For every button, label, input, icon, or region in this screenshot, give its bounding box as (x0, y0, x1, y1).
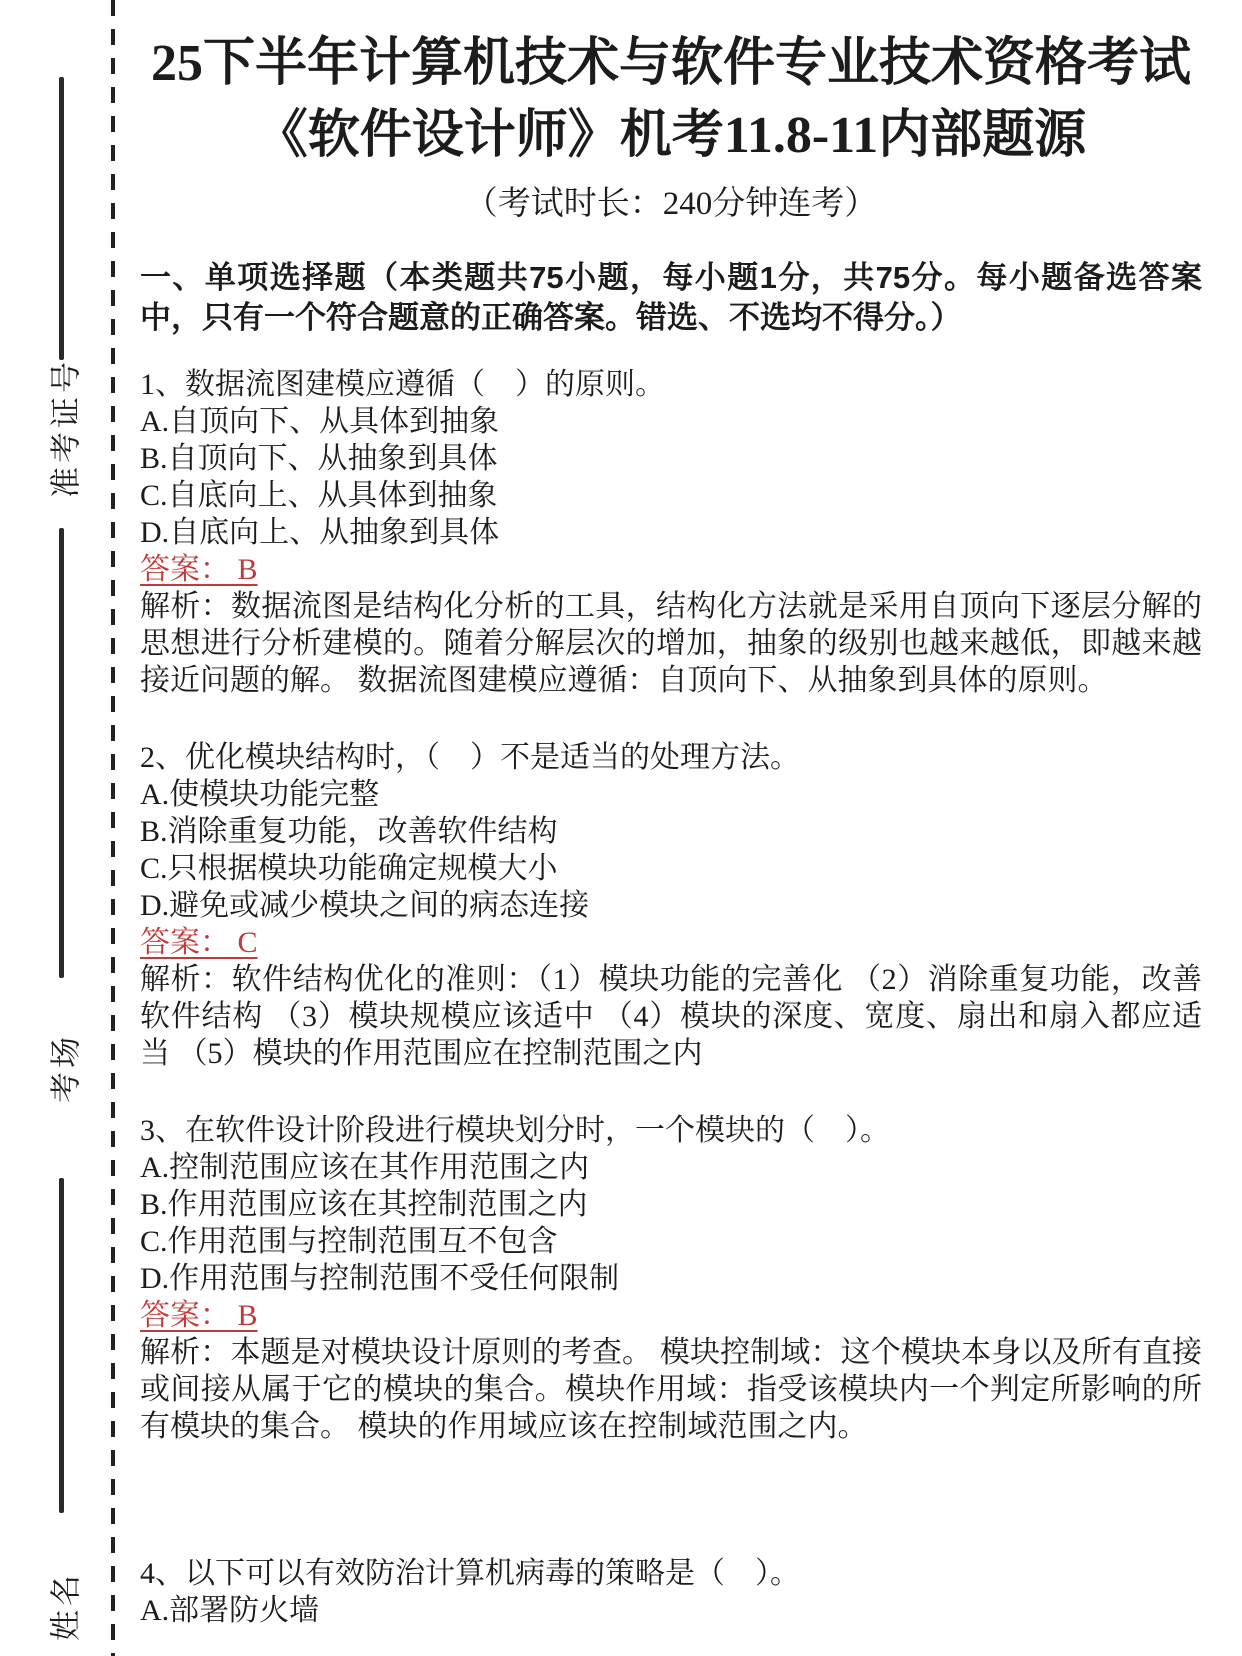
question-block-1: 1、数据流图建模应遵循（ ）的原则。 A.自顶向下、从具体到抽象 B.自顶向下、… (140, 366, 1202, 699)
exam-content: 25下半年计算机技术与软件专业技术资格考试 《软件设计师》机考11.8-11内部… (140, 28, 1202, 1629)
question-option-d: D.避免或减少模块之间的病态连接 (140, 887, 1202, 924)
question-option-a: A.使模块功能完整 (140, 776, 1202, 813)
margin-label-name: 姓名 (41, 1571, 86, 1641)
question-option-a: A.控制范围应该在其作用范围之内 (140, 1149, 1202, 1186)
question-block-3: 3、在软件设计阶段进行模块划分时，一个模块的（ ）。 A.控制范围应该在其作用范… (140, 1112, 1202, 1445)
exam-title-line1: 25下半年计算机技术与软件专业技术资格考试 (140, 28, 1202, 100)
question-stem: 1、数据流图建模应遵循（ ）的原则。 (140, 366, 1202, 403)
answer-line: 答案： B (140, 1297, 1202, 1334)
question-block-4: 4、以下可以有效防治计算机病毒的策略是（ ）。 A.部署防火墙 (140, 1555, 1202, 1629)
name-fill-line (59, 1178, 64, 1513)
question-option-c: C.作用范围与控制范围互不包含 (140, 1223, 1202, 1260)
cut-dashed-line (111, 0, 115, 1656)
question-option-b: B.自顶向下、从抽象到具体 (140, 440, 1202, 477)
margin-label-admission-number: 准考证号 (41, 358, 86, 498)
exam-duration-note: （考试时长：240分钟连考） (140, 182, 1202, 226)
admission-number-fill-line (59, 77, 64, 360)
analysis-text: 解析：数据流图是结构化分析的工具，结构化方法就是采用自顶向下逐层分解的思想进行分… (140, 588, 1202, 699)
exam-title-line2: 《软件设计师》机考11.8-11内部题源 (140, 100, 1202, 172)
question-stem: 3、在软件设计阶段进行模块划分时，一个模块的（ ）。 (140, 1112, 1202, 1149)
question-stem: 4、以下可以有效防治计算机病毒的策略是（ ）。 (140, 1555, 1202, 1592)
question-option-a: A.自顶向下、从具体到抽象 (140, 403, 1202, 440)
analysis-text: 解析：软件结构优化的准则：（1）模块功能的完善化 （2）消除重复功能，改善软件结… (140, 961, 1202, 1072)
question-block-2: 2、优化模块结构时，（ ）不是适当的处理方法。 A.使模块功能完整 B.消除重复… (140, 739, 1202, 1072)
question-option-d: D.自底向上、从抽象到具体 (140, 514, 1202, 551)
analysis-text: 解析：本题是对模块设计原则的考查。 模块控制域：这个模块本身以及所有直接或间接从… (140, 1334, 1202, 1445)
answer-line: 答案： C (140, 924, 1202, 961)
exam-room-fill-line (59, 528, 64, 978)
section-instructions: 一、单项选择题（本类题共75小题，每小题1分，共75分。每小题备选答案中，只有一… (140, 258, 1202, 338)
question-option-c: C.自底向上、从具体到抽象 (140, 477, 1202, 514)
question-option-d: D.作用范围与控制范围不受任何限制 (140, 1260, 1202, 1297)
exam-paper-page: 准考证号 考场 姓名 25下半年计算机技术与软件专业技术资格考试 《软件设计师》… (0, 0, 1242, 1656)
question-option-a: A.部署防火墙 (140, 1592, 1202, 1629)
question-option-b: B.消除重复功能，改善软件结构 (140, 813, 1202, 850)
question-option-b: B.作用范围应该在其控制范围之内 (140, 1186, 1202, 1223)
question-option-c: C.只根据模块功能确定规模大小 (140, 850, 1202, 887)
margin-label-exam-room: 考场 (41, 1033, 86, 1103)
answer-line: 答案： B (140, 551, 1202, 588)
question-stem: 2、优化模块结构时，（ ）不是适当的处理方法。 (140, 739, 1202, 776)
